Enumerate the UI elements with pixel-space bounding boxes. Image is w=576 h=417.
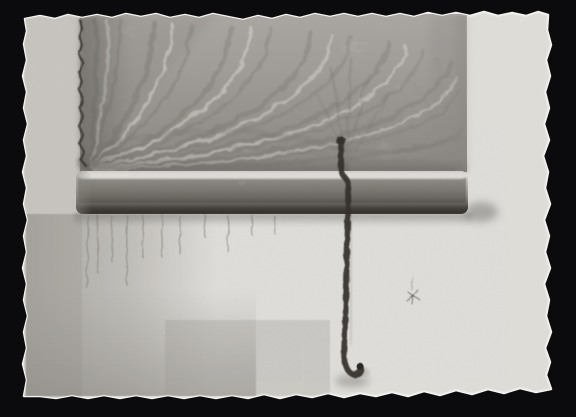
paper-grain (22, 12, 552, 400)
drawing-canvas (0, 0, 576, 417)
photo-of-drawing (0, 0, 576, 417)
drawing-layers (22, 12, 552, 400)
